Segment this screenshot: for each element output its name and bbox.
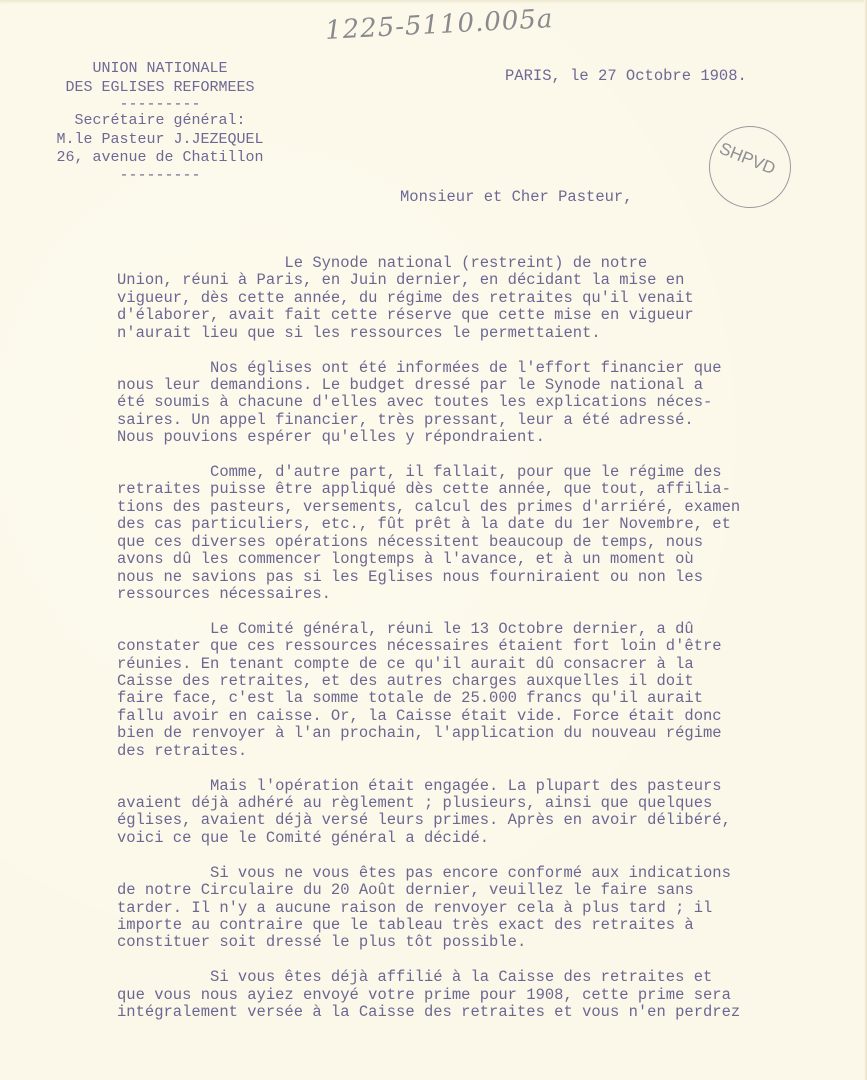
paragraph-line: que vous nous ayiez envoyé votre prime p…: [117, 987, 837, 1004]
paragraph: Le Synode national (restreint) de notreU…: [117, 255, 837, 342]
paragraph-line: avons dû les commencer longtemps à l'ava…: [117, 551, 837, 568]
date-line: PARIS, le 27 Octobre 1908.: [505, 67, 747, 85]
paragraph: Le Comité général, réuni le 13 Octobre d…: [117, 621, 837, 760]
secretary-title: Secrétaire général:: [45, 112, 275, 131]
paragraph: Nos églises ont été informées de l'effor…: [117, 360, 837, 447]
paragraph-line: Si vous êtes déjà affilié à la Caisse de…: [117, 969, 837, 986]
paragraph-line: réunies. En tenant compte de ce qu'il au…: [117, 656, 837, 673]
paragraph-line: Nos églises ont été informées de l'effor…: [117, 360, 837, 377]
paragraph-line: Caisse des retraites, et des autres char…: [117, 673, 837, 690]
paragraph: Mais l'opération était engagée. La plupa…: [117, 778, 837, 848]
paragraph-line: des retraites.: [117, 743, 837, 760]
archive-stamp: SHPVD: [709, 126, 791, 208]
paragraph-line: voici ce que le Comité général a décidé.: [117, 830, 837, 847]
paragraph-line: de notre Circulaire du 20 Août dernier, …: [117, 882, 837, 899]
letter-body: Le Synode national (restreint) de notreU…: [117, 255, 837, 1039]
letterhead-line: UNION NATIONALE: [45, 60, 275, 79]
paragraph-line: n'aurait lieu que si les ressources le p…: [117, 325, 837, 342]
paragraph: Si vous ne vous êtes pas encore conformé…: [117, 865, 837, 952]
stamp-text: SHPVD: [716, 139, 778, 179]
paragraph-line: fallu avoir en caisse. Or, la Caisse éta…: [117, 708, 837, 725]
letterhead-separator: ---------: [45, 97, 275, 112]
paragraph-line: Mais l'opération était engagée. La plupa…: [117, 778, 837, 795]
paragraph-line: été soumis à chacune d'elles avec toutes…: [117, 394, 837, 411]
letterhead-separator-bottom: ---------: [45, 168, 275, 183]
paragraph-line: des cas particuliers, etc., fût prêt à l…: [117, 516, 837, 533]
letterhead-line: DES EGLISES REFORMEES: [45, 79, 275, 98]
paragraph-line: intégralement versée à la Caisse des ret…: [117, 1004, 837, 1021]
secretary-address: 26, avenue de Chatillon: [45, 149, 275, 168]
paragraph-line: saires. Un appel financier, très pressan…: [117, 412, 837, 429]
paragraph-line: Union, réuni à Paris, en Juin dernier, e…: [117, 272, 837, 289]
paragraph-line: que ces diverses opérations nécessitent …: [117, 534, 837, 551]
paragraph-line: nous ne savions pas si les Eglises nous …: [117, 569, 837, 586]
paragraph-line: Le Synode national (restreint) de notre: [117, 255, 837, 272]
document-page: 1225-5110.005a UNION NATIONALE DES EGLIS…: [0, 0, 867, 1080]
secretary-name: M.le Pasteur J.JEZEQUEL: [45, 131, 275, 150]
paragraph-line: tions des pasteurs, versements, calcul d…: [117, 499, 837, 516]
paragraph-line: avaient déjà adhéré au règlement ; plusi…: [117, 795, 837, 812]
paragraph-line: constituer soit dressé le plus tôt possi…: [117, 934, 837, 951]
paragraph-line: faire face, c'est la somme totale de 25.…: [117, 690, 837, 707]
paragraph: Si vous êtes déjà affilié à la Caisse de…: [117, 969, 837, 1021]
letterhead: UNION NATIONALE DES EGLISES REFORMEES --…: [45, 60, 275, 183]
paragraph-line: églises, avaient déjà versé leurs primes…: [117, 812, 837, 829]
paragraph-line: Si vous ne vous êtes pas encore conformé…: [117, 865, 837, 882]
paragraph-line: importe au contraire que le tableau très…: [117, 917, 837, 934]
paragraph: Comme, d'autre part, il fallait, pour qu…: [117, 464, 837, 603]
paragraph-line: vigueur, dès cette année, du régime des …: [117, 290, 837, 307]
salutation: Monsieur et Cher Pasteur,: [400, 188, 633, 206]
paragraph-line: Nous pouvions espérer qu'elles y répondr…: [117, 429, 837, 446]
paragraph-line: ressources nécessaires.: [117, 586, 837, 603]
archive-reference: 1225-5110.005a: [324, 4, 554, 46]
paragraph-line: nous leur demandions. Le budget dressé p…: [117, 377, 837, 394]
paper-top-edge: [0, 0, 867, 4]
paragraph-line: bien de renvoyer à l'an prochain, l'appl…: [117, 725, 837, 742]
paragraph-line: Comme, d'autre part, il fallait, pour qu…: [117, 464, 837, 481]
paragraph-line: d'élaborer, avait fait cette réserve que…: [117, 307, 837, 324]
paragraph-line: Le Comité général, réuni le 13 Octobre d…: [117, 621, 837, 638]
paragraph-line: constater que ces ressources nécessaires…: [117, 638, 837, 655]
paragraph-line: tarder. Il n'y a aucune raison de renvoy…: [117, 900, 837, 917]
paragraph-line: retraites puisse être appliqué dès cette…: [117, 481, 837, 498]
